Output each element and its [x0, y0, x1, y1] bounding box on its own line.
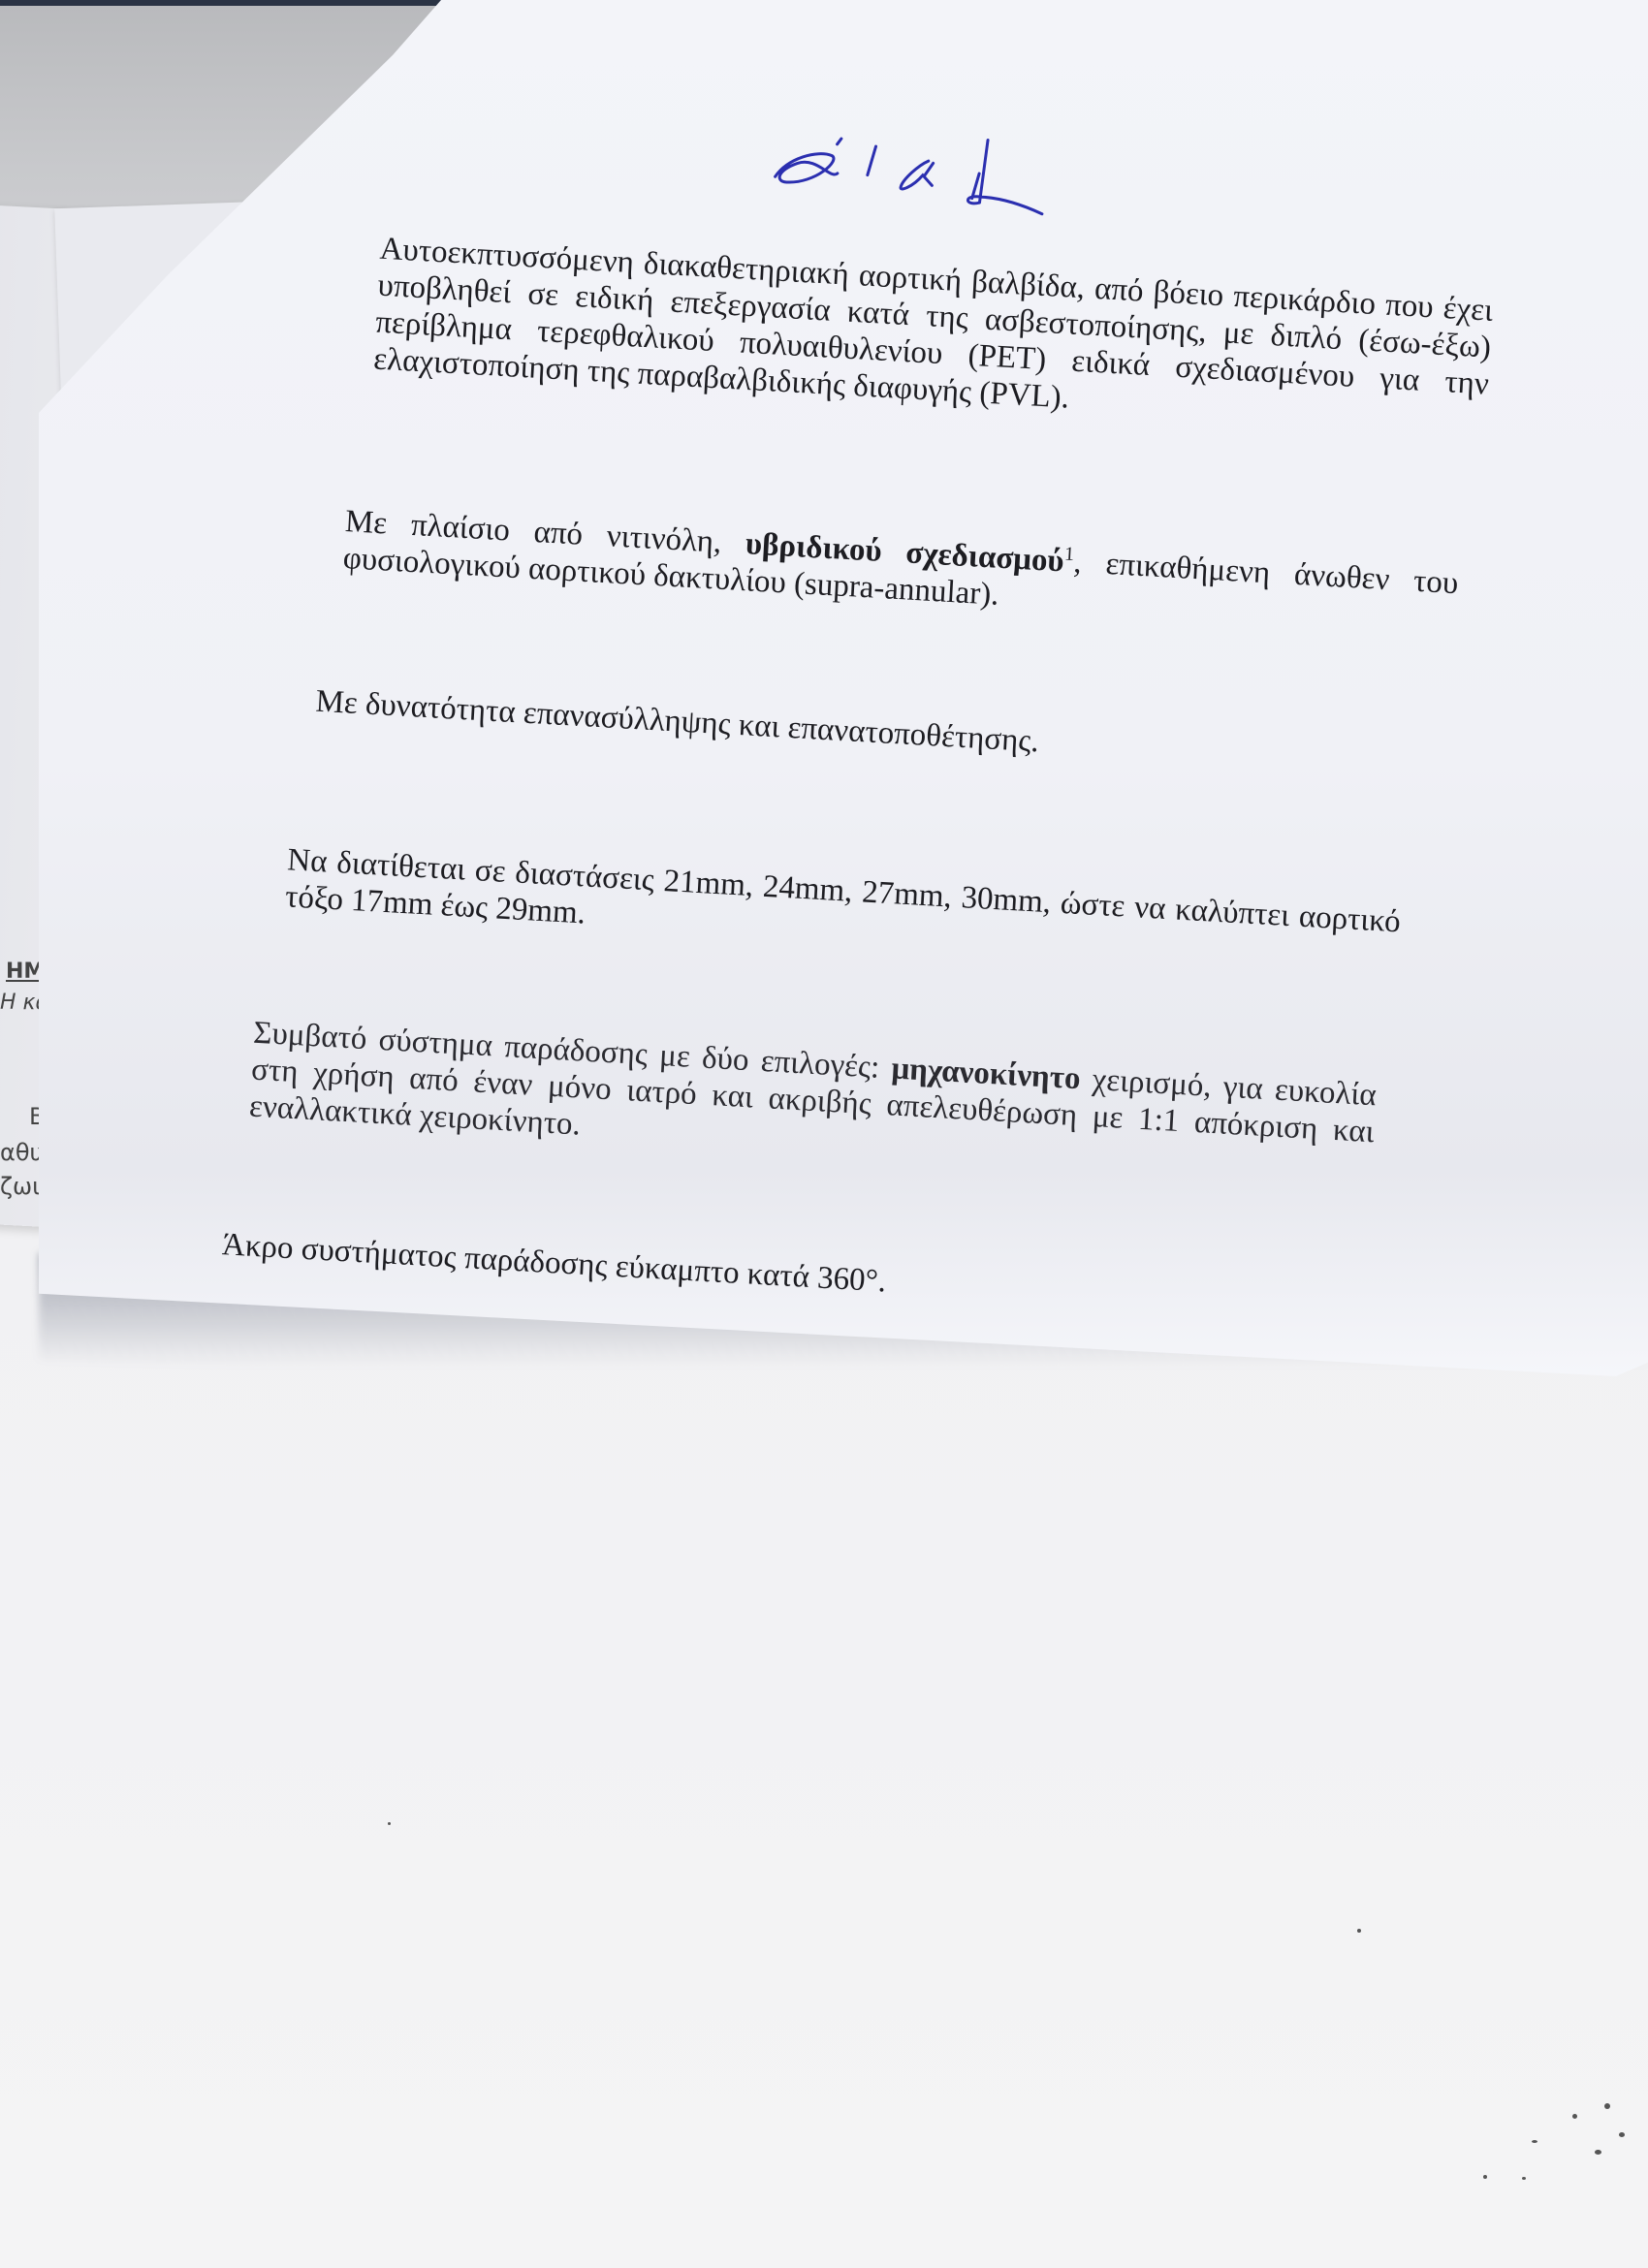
paragraph-sizes: Να διατίθεται σε διαστάσεις 21mm, 24mm, …: [284, 841, 1401, 977]
dust-speck: [1357, 1929, 1361, 1933]
dust-speck: [1619, 2132, 1625, 2137]
dust-speck: [1604, 2103, 1610, 2109]
dust-speck: [388, 1822, 391, 1825]
document-content: α'α 1 Αυτοεκπτυσσόμενη διακαθετηριακή αο…: [0, 0, 1648, 1445]
paragraph-frame: Με πλαίσιο από νιτινόλη, υβριδικού σχεδι…: [342, 495, 1460, 639]
dust-speck: [1522, 2177, 1526, 2180]
paragraph-recapture: Με δυνατότητα επανασύλληψης και επανατοπ…: [315, 683, 1430, 782]
paragraph-flexible-tip: Άκρο συστήματος παράδοσης εύκαμπτο κατά …: [221, 1226, 1336, 1325]
paragraph-delivery-system: Συμβατό σύστημα παράδοσης με δύο επιλογέ…: [248, 1015, 1378, 1188]
handwritten-mark: α'α 1: [755, 122, 1051, 236]
dust-speck: [1572, 2114, 1577, 2119]
paragraph-valve-description: Αυτοεκπτυσσόμενη διακαθετηριακή αορτική …: [372, 231, 1494, 440]
dust-speck: [1483, 2175, 1487, 2179]
dust-speck: [1595, 2150, 1601, 2155]
dust-speck: [1532, 2140, 1537, 2143]
